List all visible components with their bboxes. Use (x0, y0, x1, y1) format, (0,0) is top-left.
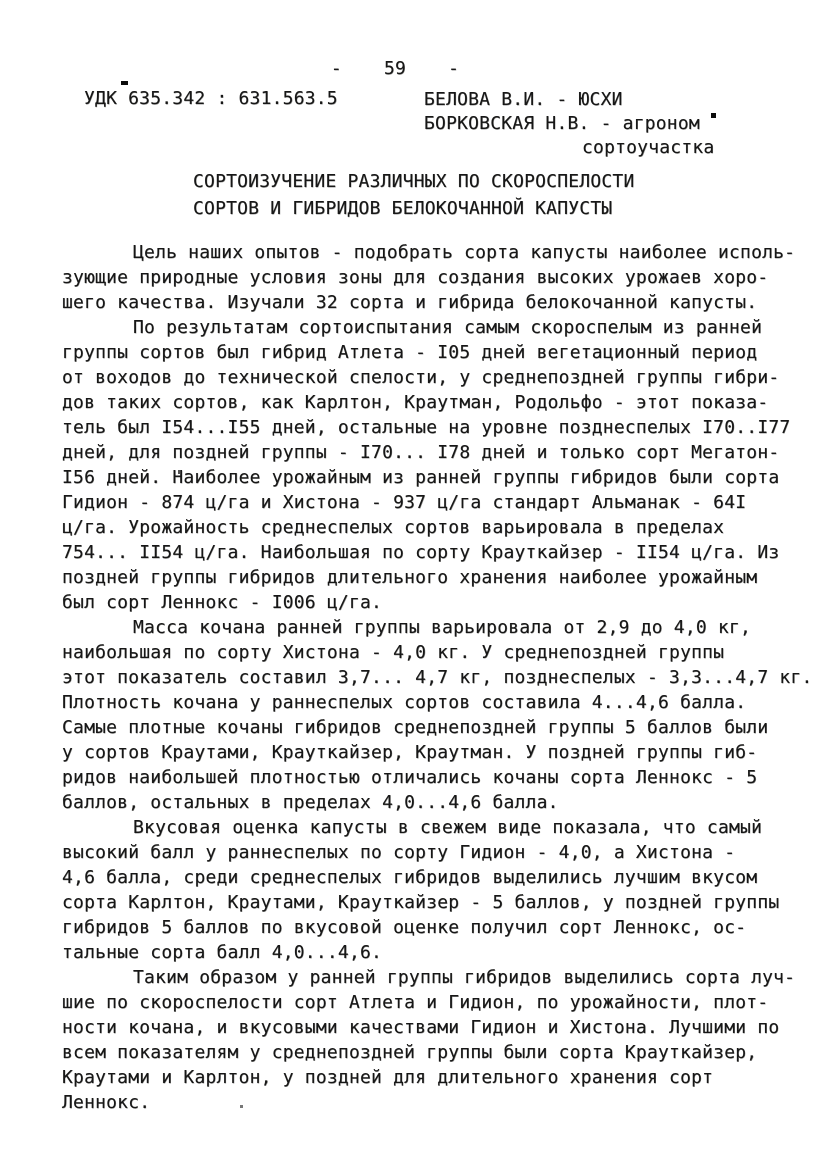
text-line: 754... II54 ц/га. Наибольшая по сорту Кр… (62, 540, 812, 565)
text-line: I56 дней. Наиболее урожайным из ранней г… (62, 465, 812, 490)
text-line: у сортов Краутами, Крауткайзер, Краутман… (62, 740, 812, 765)
title-line: СОРТОВ И ГИБРИДОВ БЕЛОКОЧАННОЙ КАПУСТЫ (193, 196, 634, 223)
text-line: зующие природные условия зоны для создан… (62, 265, 812, 290)
scan-speckle (240, 1105, 243, 1108)
text-line: шего качества. Изучали 32 сорта и гибрид… (62, 290, 812, 315)
text-line: всем показателям у среднепоздней группы … (62, 1040, 812, 1065)
text-line: ридов наибольшей плотностью отличались к… (62, 765, 812, 790)
document-page: - 59 - УДК 635.342 : 631.563.5 БЕЛОВА В.… (0, 0, 834, 1173)
text-line: группы сортов был гибрид Атлета - I05 дн… (62, 340, 812, 365)
paragraph: Масса кочана ранней группы варьировала о… (62, 615, 812, 815)
text-line: Вкусовая оценка капусты в свежем виде по… (62, 815, 812, 840)
page-number: - 59 - (0, 58, 834, 79)
author-line: БЕЛОВА В.И. - ЮСХИ (424, 88, 714, 112)
text-line: поздней группы гибридов длительного хран… (62, 565, 812, 590)
text-line: сорта Карлтон, Краутами, Крауткайзер - 5… (62, 890, 812, 915)
text-line: шие по скороспелости сорт Атлета и Гидио… (62, 990, 812, 1015)
text-line: был сорт Леннокс - I006 ц/га. (62, 590, 812, 615)
text-line: гибридов 5 баллов по вкусовой оценке пол… (62, 915, 812, 940)
text-line: ности кочана, и вкусовыми качествами Гид… (62, 1015, 812, 1040)
text-line: Плотность кочана у раннеспелых сортов со… (62, 690, 812, 715)
text-line: тальные сорта балл 4,0...4,6. (62, 940, 812, 965)
document-title: СОРТОИЗУЧЕНИЕ РАЗЛИЧНЫХ ПО СКОРОСПЕЛОСТИ… (193, 169, 634, 222)
text-line: баллов, остальных в пределах 4,0...4,6 б… (62, 790, 812, 815)
text-line: Леннокс. (62, 1090, 812, 1115)
text-line: Масса кочана ранней группы варьировала о… (62, 615, 812, 640)
text-line: наибольшая по сорту Хистона - 4,0 кг. У … (62, 640, 812, 665)
text-line: тель был I54...I55 дней, остальные на ур… (62, 415, 812, 440)
document-body: Цель наших опытов - подобрать сорта капу… (62, 240, 812, 1115)
text-line: 4,6 балла, среди среднеспелых гибридов в… (62, 865, 812, 890)
author-line: сортоучастка (424, 136, 714, 160)
text-line: Таким образом у ранней группы гибридов в… (62, 965, 812, 990)
text-line: высокий балл у раннеспелых по сорту Гиди… (62, 840, 812, 865)
udc-code: УДК 635.342 : 631.563.5 (84, 88, 338, 109)
paragraph: Вкусовая оценка капусты в свежем виде по… (62, 815, 812, 965)
text-line: от воходов до технической спелости, у ср… (62, 365, 812, 390)
text-line: Самые плотные кочаны гибридов среднепозд… (62, 715, 812, 740)
scan-speckle (711, 113, 716, 118)
paragraph: По результатам сортоиспытания самым скор… (62, 315, 812, 615)
text-line: дов таких сортов, как Карлтон, Краутман,… (62, 390, 812, 415)
text-line: По результатам сортоиспытания самым скор… (62, 315, 812, 340)
paragraph: Таким образом у ранней группы гибридов в… (62, 965, 812, 1115)
text-line: ц/га. Урожайность среднеспелых сортов ва… (62, 515, 812, 540)
title-line: СОРТОИЗУЧЕНИЕ РАЗЛИЧНЫХ ПО СКОРОСПЕЛОСТИ (193, 169, 634, 196)
author-line: БОРКОВСКАЯ Н.В. - агроном (424, 112, 714, 136)
paragraph: Цель наших опытов - подобрать сорта капу… (62, 240, 812, 315)
scan-speckle (178, 470, 180, 474)
text-line: Краутами и Карлтон, у поздней для длител… (62, 1065, 812, 1090)
text-line: этот показатель составил 3,7... 4,7 кг, … (62, 665, 812, 690)
text-line: Гидион - 874 ц/га и Хистона - 937 ц/га с… (62, 490, 812, 515)
scan-speckle (121, 81, 128, 85)
author-block: БЕЛОВА В.И. - ЮСХИБОРКОВСКАЯ Н.В. - агро… (424, 88, 714, 160)
text-line: дней, для поздней группы - I70... I78 дн… (62, 440, 812, 465)
text-line: Цель наших опытов - подобрать сорта капу… (62, 240, 812, 265)
